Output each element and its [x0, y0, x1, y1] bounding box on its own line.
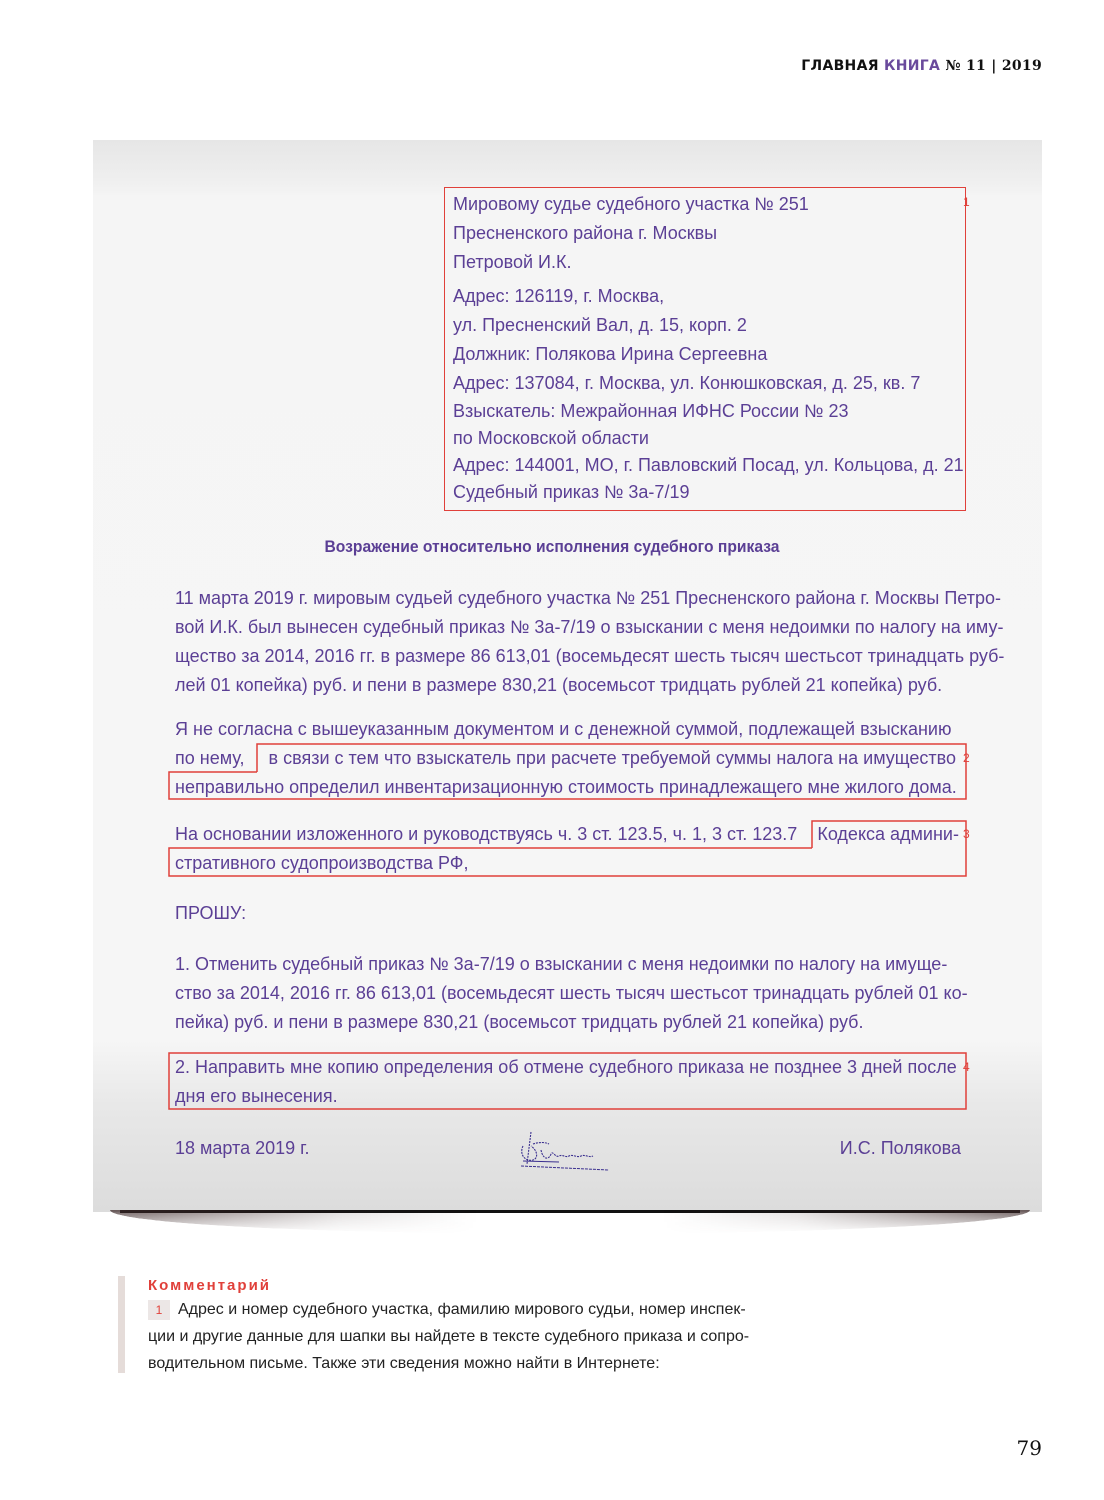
document-date: 18 марта 2019 г.: [175, 1134, 310, 1163]
request-item-1: 1. Отменить судебный приказ № 3а-7/19 о …: [175, 950, 962, 1037]
comment-text: Адрес и номер судебного участка, фамилию…: [178, 1301, 746, 1318]
annotation-marker-4: 4: [963, 1061, 970, 1073]
page-number: 79: [1017, 1436, 1042, 1460]
request-heading: ПРОШУ:: [175, 899, 962, 928]
request-item-2: 2. Направить мне копию определения об от…: [175, 1053, 962, 1111]
highlighted-text: дня его вынесения.: [175, 1082, 962, 1111]
annotation-marker-2: 2: [963, 752, 970, 764]
comment-title: Комментарий: [148, 1276, 828, 1296]
paragraph-3: На основании изложенного и руководствуяс…: [175, 820, 962, 878]
paragraph-line: 1. Отменить судебный приказ № 3а-7/19 о …: [175, 950, 962, 979]
highlighted-text: стративного судопроизводства РФ,: [175, 849, 962, 878]
signature-icon: [519, 1124, 614, 1174]
comment-section: Комментарий 1Адрес и номер судебного уча…: [118, 1276, 828, 1373]
paragraph-line: На основании изложенного и руководствуяс…: [175, 820, 962, 849]
paragraph-text: На основании изложенного и руководствуяс…: [175, 824, 797, 844]
annotation-marker-3: 3: [963, 828, 970, 840]
comment-line: водительном письме. Также эти сведения м…: [148, 1350, 828, 1377]
comment-body: 1Адрес и номер судебного участка, фамили…: [148, 1296, 828, 1377]
signer-name: И.С. Полякова: [840, 1134, 961, 1163]
paragraph-line: ство за 2014, 2016 гг. 86 613,01 (восемь…: [175, 979, 962, 1008]
highlight-outline-2: [0, 0, 1104, 1500]
highlighted-text: Кодекса админи-: [817, 824, 959, 844]
comment-line: ции и другие данные для шапки вы найдете…: [148, 1323, 828, 1350]
comment-number-badge: 1: [148, 1300, 170, 1320]
highlighted-text: 2. Направить мне копию определения об от…: [175, 1053, 962, 1082]
comment-line: 1Адрес и номер судебного участка, фамили…: [148, 1296, 828, 1323]
paragraph-line: пейка) руб. и пени в размере 830,21 (вос…: [175, 1008, 962, 1037]
